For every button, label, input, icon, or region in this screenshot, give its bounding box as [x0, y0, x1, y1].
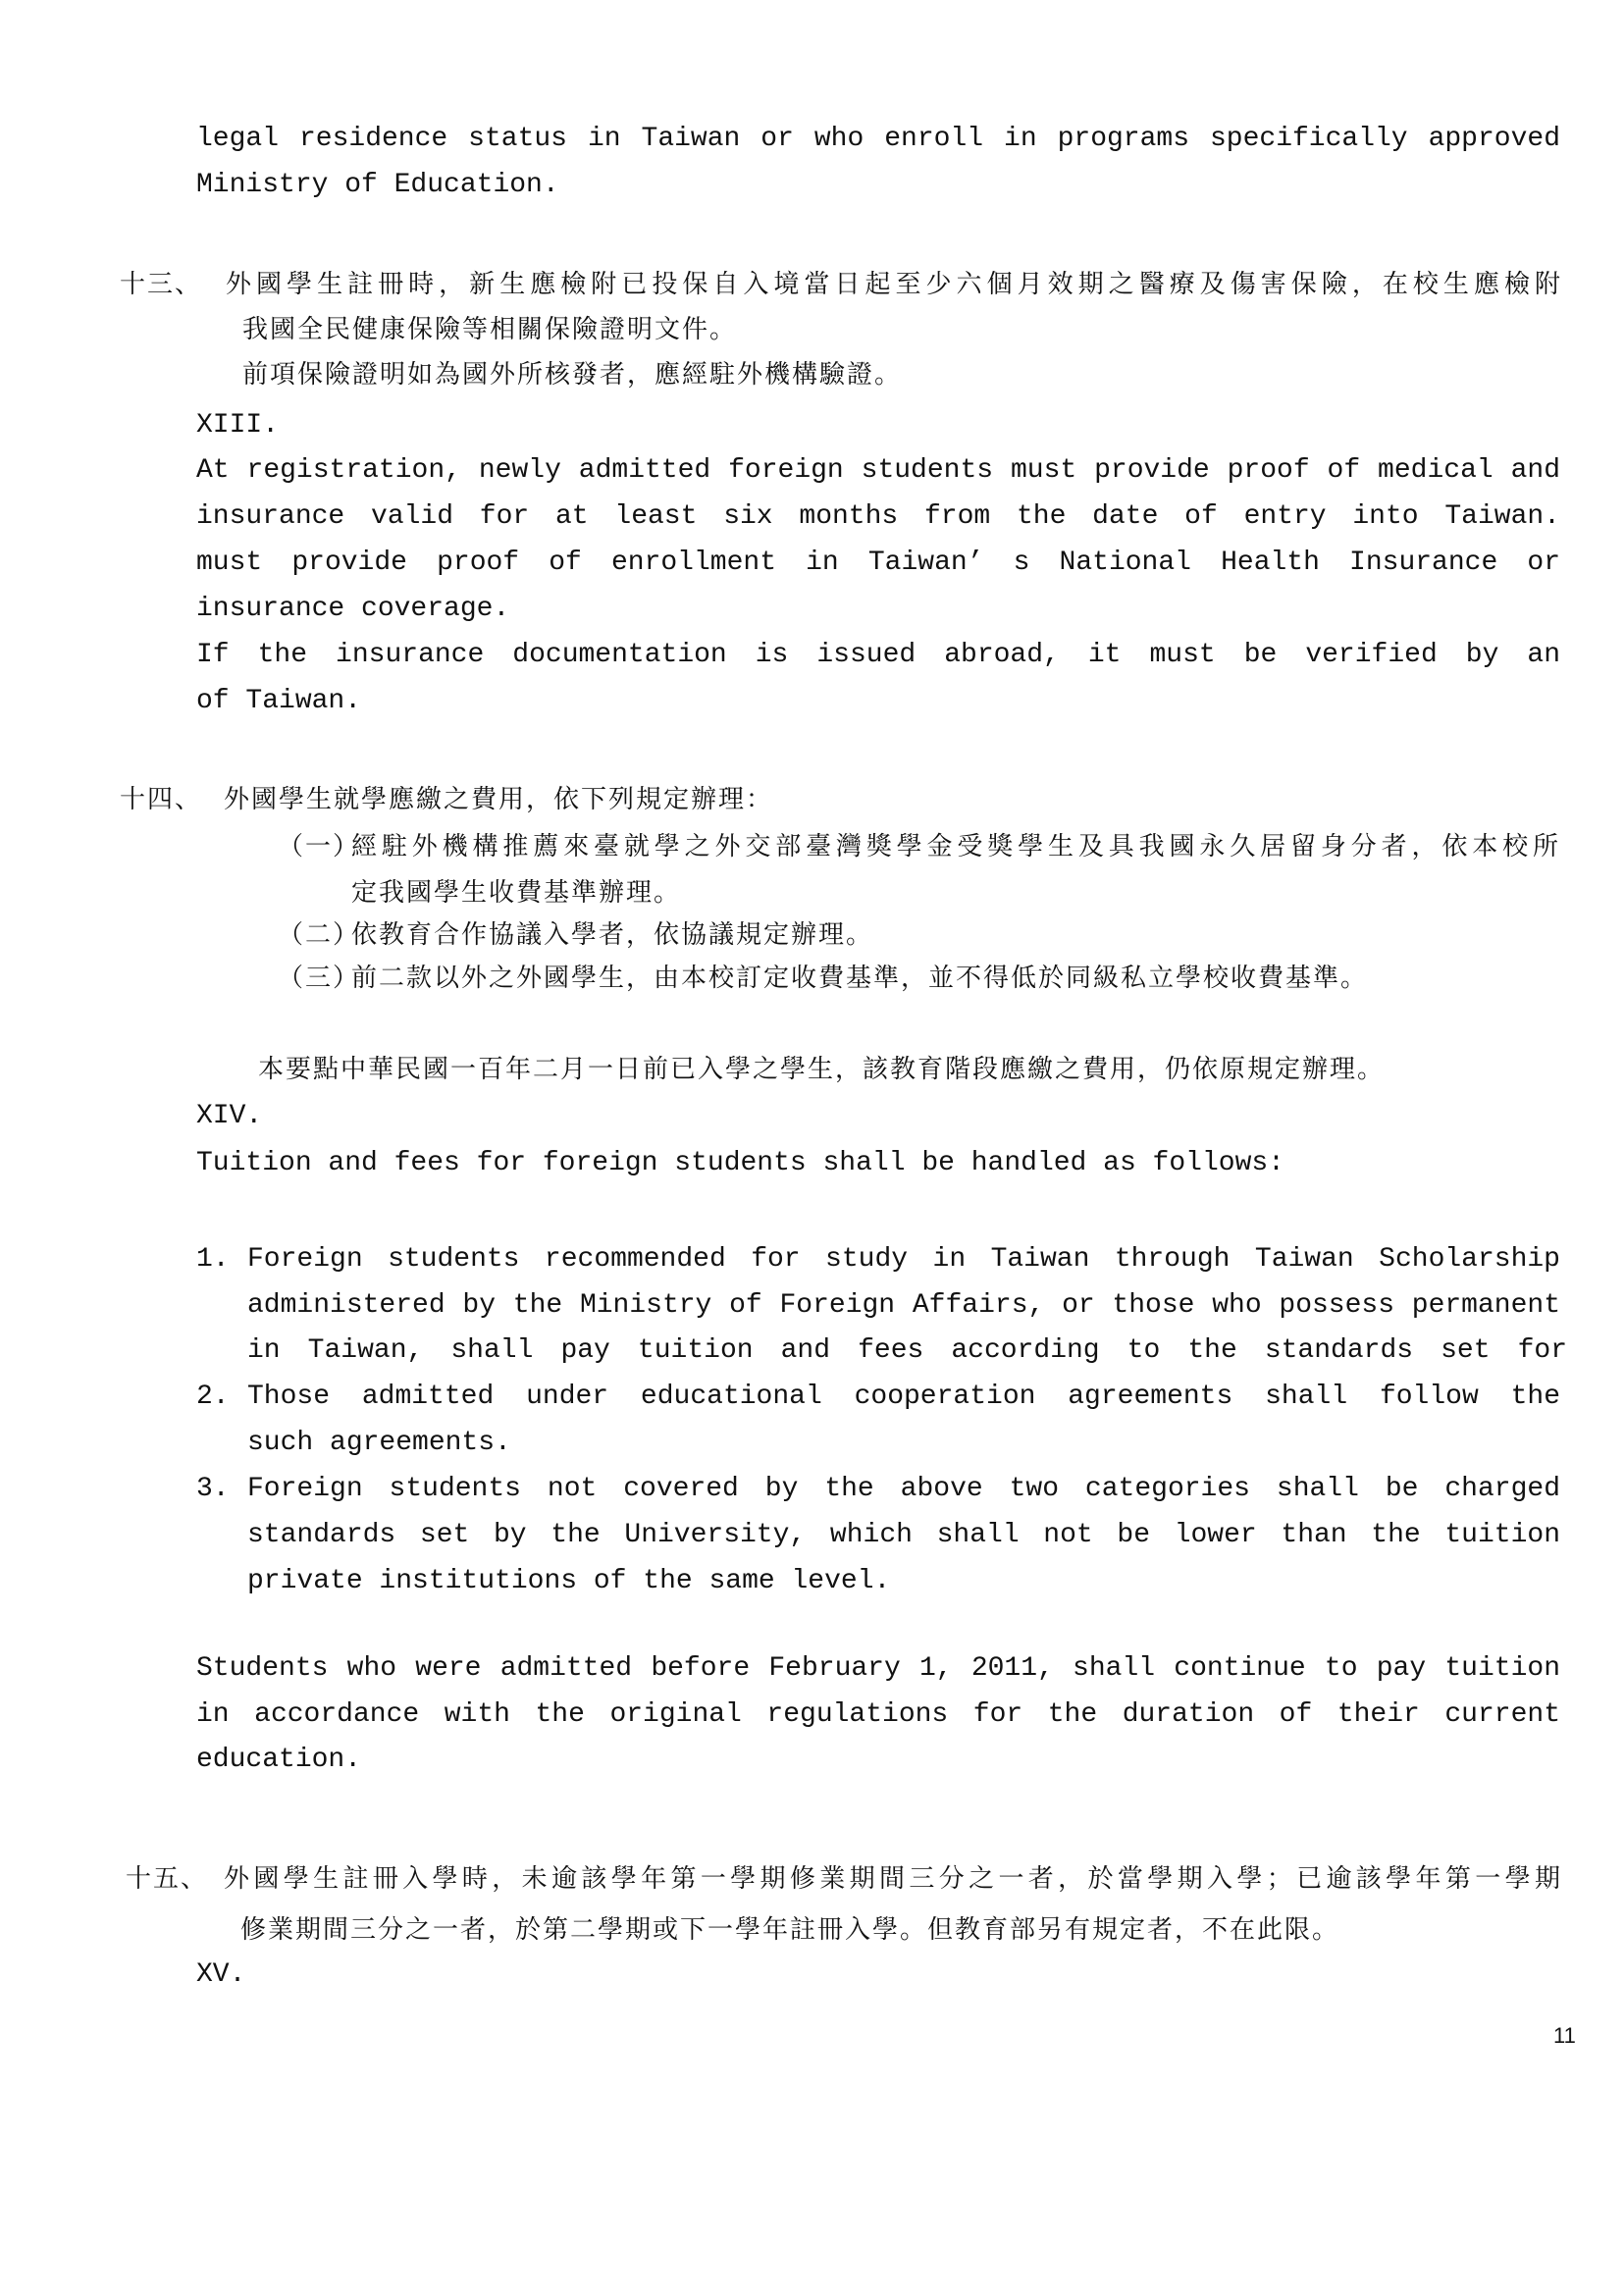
list-item-line: Foreign students not covered by the abov… — [247, 1466, 1560, 1512]
list-item-line: such agreements. — [247, 1420, 511, 1466]
article-13-en-line: of Taiwan. — [196, 678, 361, 724]
article-14-item-line: 經駐外機構推薦來臺就學之外交部臺灣獎學金受獎學生及具我國永久居留身分者，依本校所 — [351, 824, 1560, 870]
article-14-en-intro: Tuition and fees for foreign students sh… — [196, 1140, 1284, 1186]
list-item-marker: 3. — [196, 1466, 230, 1512]
paragraph-line: legal residence status in Taiwan or who … — [196, 116, 1560, 162]
list-item-line: Foreign students recommended for study i… — [247, 1236, 1560, 1282]
article-14-zh-label: 十四、 — [120, 777, 202, 823]
article-14-zh-note: 本要點中華民國一百年二月一日前已入學之學生，該教育階段應繳之費用，仍依原規定辦理… — [258, 1047, 1385, 1093]
list-item-line: standards set by the University, which s… — [247, 1512, 1560, 1558]
article-14-en-note-line: Students who were admitted before Februa… — [196, 1645, 1560, 1692]
article-15-zh-line: 外國學生註冊入學時，未逾該學年第一學期修業期間三分之一者，於當學期入學；已逾該學… — [224, 1856, 1562, 1903]
article-14-item-line: 前二款以外之外國學生，由本校訂定收費基準，並不得低於同級私立學校收費基準。 — [351, 956, 1368, 1002]
article-14-item-line: 依教育合作協議入學者，依協議規定辦理。 — [351, 913, 873, 959]
article-15-zh-label: 十五、 — [126, 1856, 208, 1903]
article-14-en-note-line: education. — [196, 1737, 361, 1783]
article-15-zh-line: 修業期間三分之一者，於第二學期或下一學年註冊入學。但教育部另有規定者，不在此限。 — [240, 1907, 1339, 1954]
article-14-item-marker: （一） — [278, 824, 360, 870]
document-page: legal residence status in Taiwan or who … — [0, 0, 1624, 2295]
list-item-line: in Taiwan, shall pay tuition and fees ac… — [247, 1328, 1567, 1374]
article-13-zh-line: 外國學生註冊時，新生應檢附已投保自入境當日起至少六個月效期之醫療及傷害保險，在校… — [226, 262, 1562, 308]
list-item-line: Those admitted under educational coopera… — [247, 1374, 1560, 1420]
article-13-zh-label: 十三、 — [120, 262, 202, 308]
article-14-item-marker: （三） — [278, 956, 360, 1002]
article-13-en-line: If the insurance documentation is issued… — [196, 632, 1560, 678]
article-13-en-line: must provide proof of enrollment in Taiw… — [196, 540, 1560, 586]
article-13-zh-line: 我國全民健康保險等相關保險證明文件。 — [242, 307, 737, 353]
list-item-line: private institutions of the same level. — [247, 1558, 890, 1604]
article-13-en-line: insurance valid for at least six months … — [196, 494, 1560, 540]
list-item-marker: 1. — [196, 1236, 230, 1282]
list-item-line: administered by the Ministry of Foreign … — [247, 1282, 1560, 1329]
article-14-zh-intro: 外國學生就學應繳之費用，依下列規定辦理： — [224, 777, 773, 823]
article-13-en-line: At registration, newly admitted foreign … — [196, 447, 1560, 494]
page-number: 11 — [1553, 2023, 1576, 2049]
article-13-en-line: insurance coverage. — [196, 586, 509, 632]
article-14-item-line: 定我國學生收費基準辦理。 — [351, 870, 681, 916]
article-13-en-label: XIII. — [196, 402, 279, 448]
paragraph-line: Ministry of Education. — [196, 162, 559, 208]
article-14-item-marker: （二） — [278, 913, 360, 959]
article-13-zh-line: 前項保險證明如為國外所核發者，應經駐外機構驗證。 — [242, 352, 902, 398]
article-14-en-note-line: in accordance with the original regulati… — [196, 1692, 1560, 1738]
article-14-en-label: XIV. — [196, 1093, 262, 1139]
list-item-marker: 2. — [196, 1374, 230, 1420]
article-15-en-label: XV. — [196, 1952, 245, 1998]
